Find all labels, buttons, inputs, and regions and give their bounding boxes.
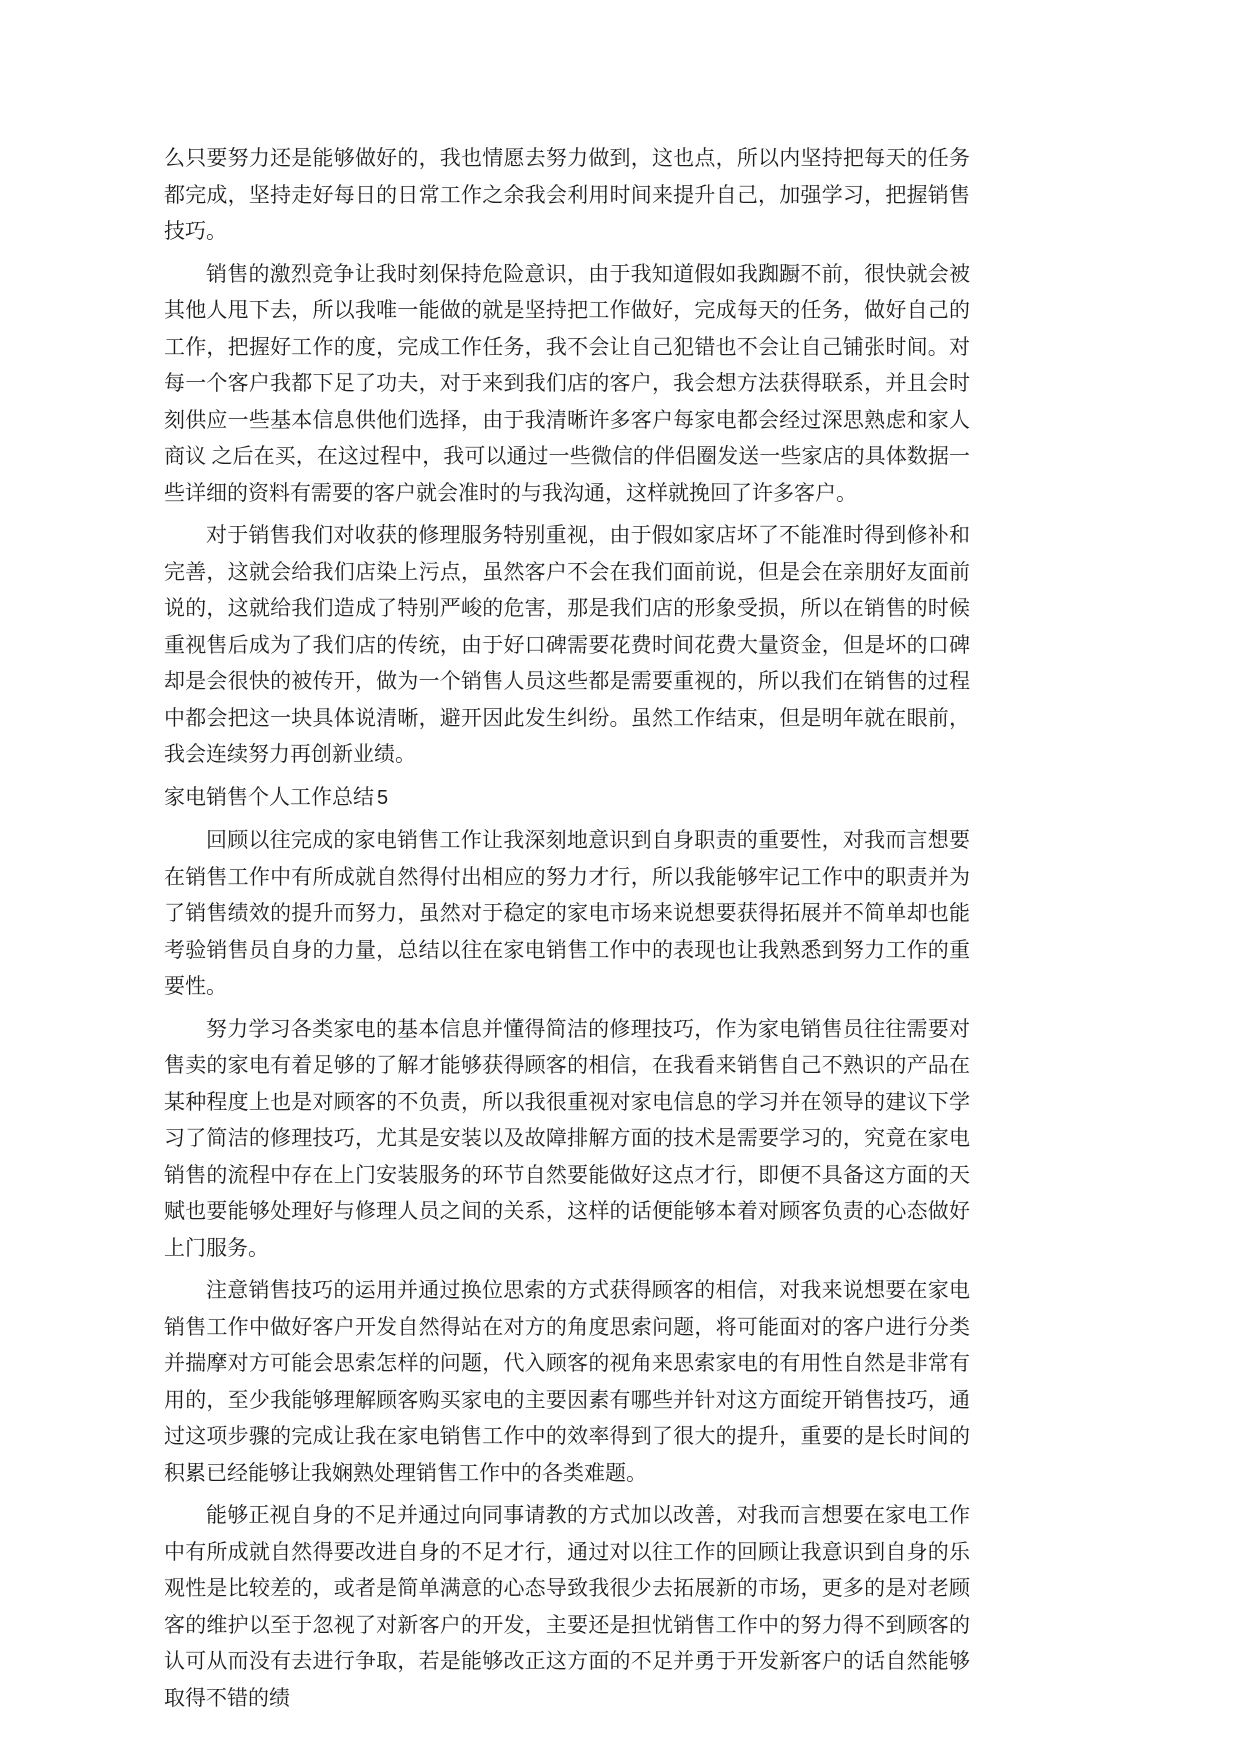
section-heading-number: 5 — [377, 787, 388, 809]
paragraph: 注意销售技巧的运用并通过换位思索的方式获得顾客的相信，对我来说想要在家电销售工作… — [164, 1272, 970, 1491]
paragraph: 对于销售我们对收获的修理服务特别重视，由于假如家店坏了不能准时得到修补和完善，这… — [164, 517, 970, 773]
paragraph: 销售的激烈竞争让我时刻保持危险意识，由于我知道假如我踟蹰不前，很快就会被其他人甩… — [164, 256, 970, 512]
document-page: 么只要努力还是能够做好的，我也情愿去努力做到，这也点，所以内坚持把每天的任务都完… — [0, 0, 1240, 1753]
section-heading: 家电销售个人工作总结5 — [164, 779, 970, 817]
paragraph: 能够正视自身的不足并通过向同事请教的方式加以改善，对我而言想要在家电工作中有所成… — [164, 1497, 970, 1716]
paragraph: 回顾以往完成的家电销售工作让我深刻地意识到自身职责的重要性，对我而言想要在销售工… — [164, 822, 970, 1005]
section-heading-title: 家电销售个人工作总结 — [164, 785, 374, 809]
document-body: 么只要努力还是能够做好的，我也情愿去努力做到，这也点，所以内坚持把每天的任务都完… — [164, 140, 970, 1716]
paragraph: 努力学习各类家电的基本信息并懂得简洁的修理技巧，作为家电销售员往往需要对售卖的家… — [164, 1011, 970, 1267]
paragraph-continuation: 么只要努力还是能够做好的，我也情愿去努力做到，这也点，所以内坚持把每天的任务都完… — [164, 140, 970, 250]
